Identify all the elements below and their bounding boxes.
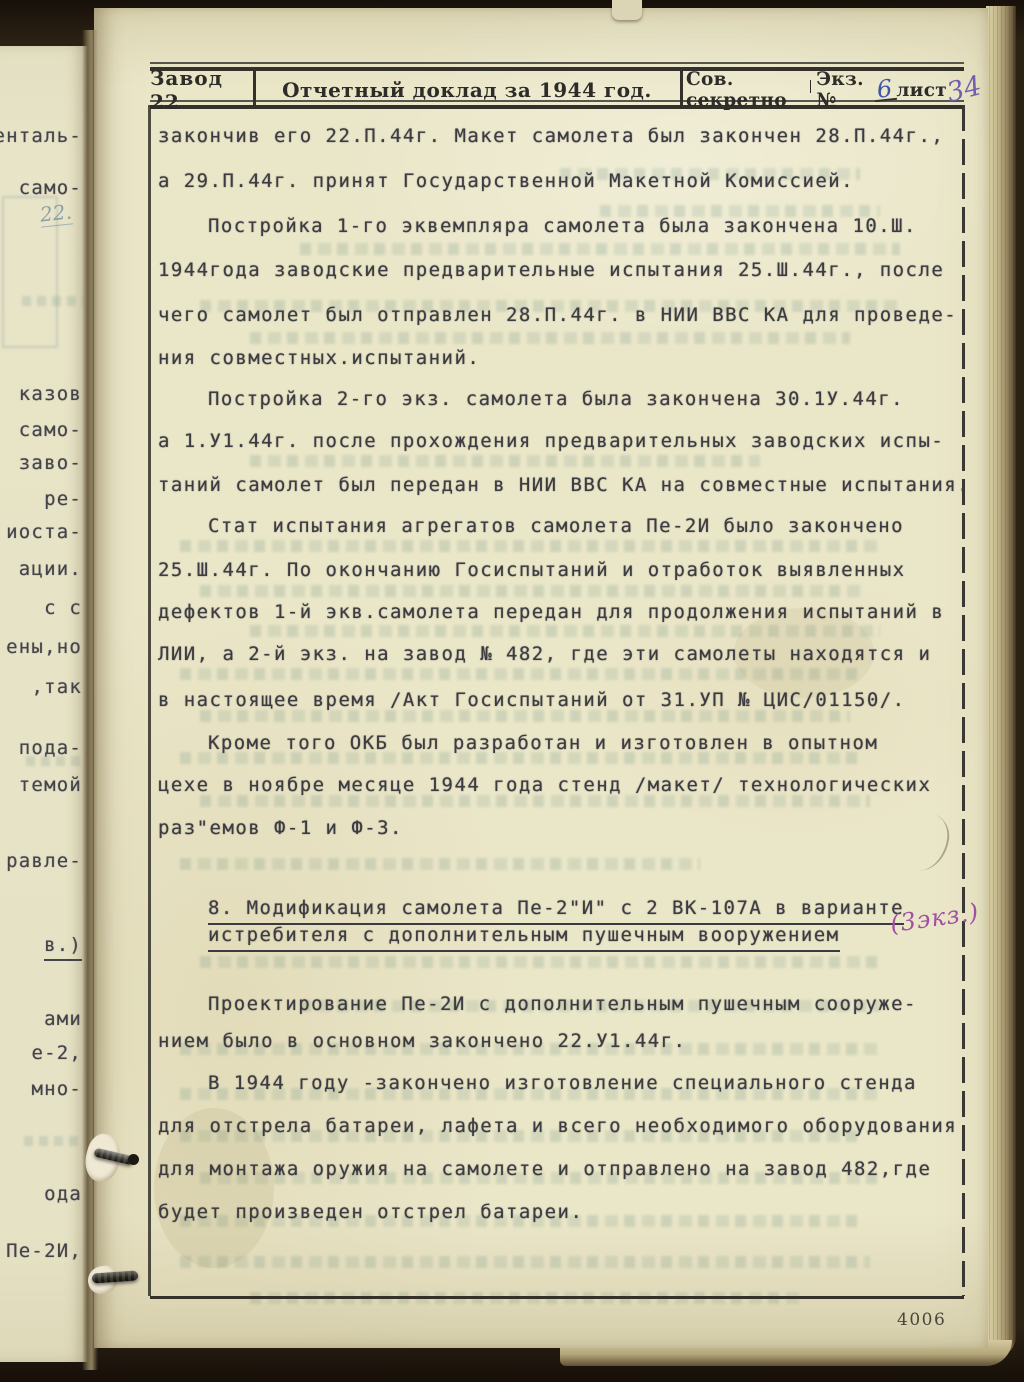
ink-bleedthrough	[180, 1256, 870, 1268]
fragment-text: само-	[19, 177, 82, 199]
fragment-text: иоста-	[6, 521, 82, 543]
fragment-text: ации.	[19, 558, 82, 580]
text-line: Постройка 1-го эквемпляра самолета была …	[208, 215, 917, 237]
text-line: В 1944 году -закончено изготовление спец…	[208, 1072, 917, 1094]
fragment-text: ены,но	[6, 636, 82, 658]
text-line: Постройка 2-го экз. самолета была законч…	[208, 388, 904, 410]
fragment-text: с с	[44, 597, 82, 619]
ink-bleedthrough	[300, 243, 900, 255]
handwritten-sheet-number: 34	[945, 76, 984, 104]
ink-bleedthrough	[200, 795, 870, 807]
scanned-archive-photo: 22. енталь- само- казов само- заво- ре- …	[0, 0, 1024, 1382]
header-title-cell: Отчетный доклад за 1944 год.	[254, 72, 680, 108]
text-line: Стат испытания агрегатов самолета Пе-2И …	[208, 515, 904, 537]
binding-pin-bottom	[88, 1256, 146, 1302]
text-line: Проектирование Пе-2И с дополнительным пу…	[208, 993, 917, 1015]
table-border	[150, 62, 964, 64]
pin-rod	[92, 1270, 139, 1283]
ink-bleedthrough	[200, 956, 880, 968]
sheet-label: лист	[896, 80, 947, 101]
header-secrecy-cell: Сов. секретно Экз. № 6 лист 34	[686, 72, 964, 108]
handwritten-copy-number: 6	[873, 78, 897, 102]
fragment-text: само-	[19, 419, 82, 441]
tick-mark	[810, 80, 811, 93]
text-line: 1944года заводские предварительные испыт…	[158, 259, 944, 281]
text-line: закончив его 22.П.44г. Макет самолета бы…	[158, 125, 944, 147]
text-line: Кроме того ОКБ был разработан и изготовл…	[208, 732, 878, 754]
ink-bleedthrough	[200, 585, 860, 597]
ink-bleedthrough	[200, 710, 850, 722]
ink-bleedthrough	[24, 1136, 84, 1146]
text-line: ния совместных.испытаний.	[158, 347, 480, 369]
fragment-text: казов	[19, 383, 82, 405]
header-factory-cell: Завод 22	[150, 72, 254, 108]
paper-tab	[612, 0, 642, 20]
report-title: Отчетный доклад за 1944 год.	[282, 78, 652, 102]
binding-pin-top	[86, 1134, 142, 1188]
page-edges-texture	[986, 6, 1016, 1358]
ink-bleedthrough	[180, 668, 860, 680]
fragment-text: ода	[44, 1183, 82, 1205]
text-line: для отстрела батареи, лафета и всего нео…	[158, 1115, 957, 1137]
facing-page-edge: 22. енталь- само- казов само- заво- ре- …	[0, 46, 88, 1362]
ink-bleedthrough	[180, 540, 880, 552]
fragment-text: ами	[44, 1008, 82, 1030]
text-line: цехе в ноябре месяце 1944 года стенд /ма…	[158, 774, 931, 796]
text-line: в настоящее время /Акт Госиспытаний от 3…	[158, 689, 906, 711]
fragment-text: ре-	[44, 488, 82, 510]
text-line: ЛИИ, а 2-й экз. на завод № 482, где эти …	[158, 643, 931, 665]
fragment-text: темой	[19, 774, 82, 796]
page-frame-border	[148, 105, 151, 1296]
text-line: чего самолет был отправлен 28.П.44г. в Н…	[158, 304, 957, 326]
section-heading-line: 8. Модификация самолета Пе-2"И" с 2 ВК-1…	[208, 897, 904, 925]
text-line: 25.Ш.44г. По окончанию Госиспытаний и от…	[158, 559, 906, 581]
fragment-text: е-2,	[31, 1042, 82, 1064]
text-line: таний самолет был передан в НИИ ВВС КА н…	[158, 474, 970, 496]
text-line: дефектов 1-й экв.самолета передан для пр…	[158, 601, 944, 623]
fragment-text: ,так	[31, 676, 82, 698]
fragment-text: заво-	[19, 452, 82, 474]
fragment-text: равле-	[6, 850, 82, 872]
fragment-text: в.)	[44, 934, 82, 961]
ink-bleedthrough	[22, 296, 84, 306]
secrecy-label: Сов. секретно	[686, 69, 803, 111]
text-line: а 29.П.44г. принят Государственной Макет…	[158, 170, 854, 192]
pin-texture	[92, 1270, 139, 1283]
text-line: будет произведен отстрел батареи.	[158, 1201, 583, 1223]
ink-bleedthrough	[250, 455, 760, 467]
ink-bleedthrough	[26, 756, 84, 766]
ink-bleedthrough	[250, 625, 880, 637]
pencil-mark	[896, 808, 955, 875]
factory-label: Завод 22	[150, 66, 254, 114]
ink-bleedthrough	[180, 858, 700, 870]
page-stack-edge	[986, 6, 1016, 1358]
section-heading-line: истребителя с дополнительным пушечным во…	[208, 924, 840, 952]
text-line: а 1.У1.44г. после прохождения предварите…	[158, 430, 944, 452]
handwritten-note-left: 22.	[39, 199, 73, 227]
text-line: нием было в основном закончено 22.У1.44г…	[158, 1030, 686, 1052]
page-frame-border	[150, 1296, 964, 1299]
fragment-text: Пе-2И,	[6, 1240, 82, 1262]
text-line: для монтажа оружия на самолете и отправл…	[158, 1158, 931, 1180]
fragment-text: мно-	[31, 1078, 82, 1100]
table-border	[680, 67, 683, 105]
text-line: раз"емов Ф-1 и Ф-3.	[158, 817, 403, 839]
page-number: 4006	[897, 1310, 946, 1330]
report-page: Завод 22 Отчетный доклад за 1944 год. Со…	[94, 8, 988, 1348]
fragment-text: енталь-	[0, 125, 82, 147]
ink-bleedthrough	[250, 332, 850, 344]
pin-head	[128, 1154, 139, 1165]
copy-label: Экз. №	[816, 69, 872, 111]
page-frame-border	[962, 105, 965, 1296]
